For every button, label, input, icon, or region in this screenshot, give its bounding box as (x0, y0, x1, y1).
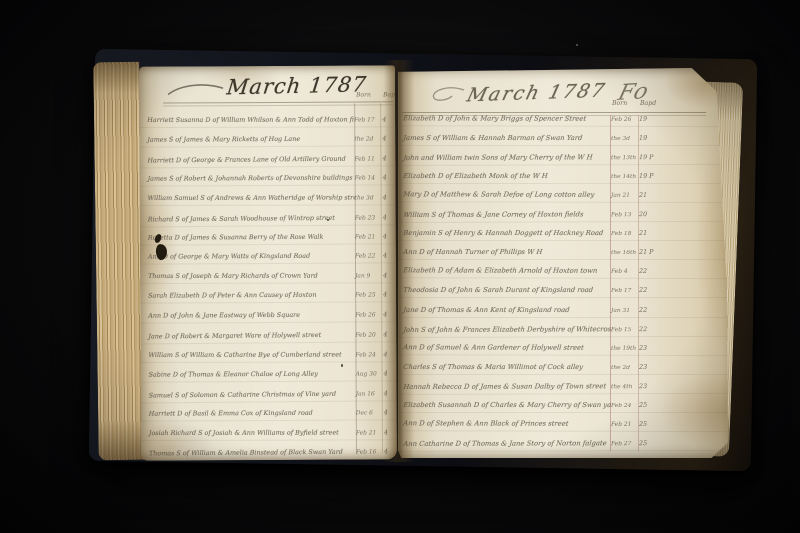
entry-baptised-day: 4 (382, 388, 397, 396)
entry-text: Charles S of Thomas & Maria Willimot of … (398, 363, 612, 371)
entry-text: Rosetta D of James & Susanna Berry of th… (140, 232, 355, 241)
register-entry-row: Ann D of Samuel & Ann Gardener of Holywe… (398, 336, 728, 356)
register-entry-row: Elizabeth Susannah D of Charles & Mary C… (398, 394, 728, 413)
entry-baptised-day: 20 (637, 210, 659, 218)
ink-speck (327, 219, 329, 221)
entry-born-date: the 19th (611, 345, 637, 351)
register-entry-row: Jane D of Robert & Margaret Ware of Holy… (140, 322, 396, 344)
register-entry-row: James S of Robert & Johannah Roberts of … (139, 166, 395, 187)
register-entry-row: James S of James & Mary Ricketts of Hog … (139, 127, 395, 148)
register-entry-row: Rosetta D of James & Susanna Berry of th… (140, 225, 396, 246)
entry-text: John and William twin Sons of Mary Cherr… (398, 153, 612, 162)
entry-baptised-day: 4 (380, 154, 397, 162)
entry-born-date: the 14th (611, 174, 637, 180)
register-entry-row: Charles S of Thomas & Maria Willimot of … (398, 356, 728, 375)
header-rule (163, 101, 393, 103)
entry-born-date: Feb 14 (355, 176, 381, 182)
entry-text: Josiah Richard S of Josiah & Ann William… (141, 428, 356, 437)
entry-baptised-day: 22 (637, 306, 659, 314)
register-entry-row: Ann D of Stephen & Ann Black of Princes … (398, 412, 728, 432)
entry-born-date: Feb 24 (611, 403, 637, 409)
left-fore-edge-pages (93, 62, 145, 461)
entry-baptised-day: 4 (381, 349, 397, 357)
register-entry-row: Ann Catharine D of Thomas & Jane Story o… (398, 432, 728, 452)
entry-born-date: Feb 4 (611, 269, 637, 275)
column-header-baptised: Bap (383, 91, 395, 98)
entry-born-date: the 4th (611, 384, 637, 390)
entry-baptised-day: 4 (381, 291, 397, 299)
register-entry-row: Elizabeth D of John & Mary Briggs of Spe… (398, 107, 728, 127)
entry-baptised-day: 4 (381, 252, 397, 260)
entry-text: Harriett D of Basil & Emma Cox of Kingsl… (141, 408, 356, 417)
entry-baptised-day: 22 (637, 325, 659, 333)
entry-born-date: Feb 21 (611, 422, 637, 428)
entry-baptised-day: 4 (381, 271, 397, 279)
entry-baptised-day: 21 (637, 229, 659, 237)
right-page: March 1787Fo Born Bapd Elizabeth D of Jo… (398, 68, 728, 458)
register-entry-row: Theodosia D of John & Sarah Durant of Ki… (398, 279, 728, 298)
entry-born-date: Feb 17 (611, 288, 637, 294)
entry-text: James S of Robert & Johannah Roberts of … (140, 174, 355, 183)
entry-text: Sabine D of Thomas & Eleanor Chaloe of L… (141, 369, 356, 378)
register-entry-row: Harriett Susanna D of William Whilson & … (139, 107, 395, 127)
register-entry-row: Thomas S of Joseph & Mary Richards of Cr… (140, 264, 396, 284)
register-entry-row: William Samuel S of Andrews & Ann Wather… (140, 186, 396, 206)
entry-text: Elizabeth D of Elizabeth Monk of the W H (398, 172, 612, 180)
register-entry-row: Harriett D of George & Frances Lane of O… (139, 146, 395, 168)
entry-text: Harriett Susanna D of William Whilson & … (139, 115, 354, 124)
entry-text: Sarah Elizabeth D of Peter & Ann Causey … (140, 291, 355, 300)
register-entry-row: Richard S of James & Sarah Woodhouse of … (140, 205, 396, 227)
entry-born-date: Feb 16 (356, 449, 382, 455)
register-entry-row: John S of John & Frances Elizabeth Derby… (398, 317, 728, 337)
entry-text: Elizabeth D of John & Mary Briggs of Spe… (398, 114, 612, 123)
entry-baptised-day: 19 (637, 134, 659, 142)
entry-baptised-day: 4 (382, 408, 397, 416)
entry-text: Hannah Rebecca D of James & Susan Dalby … (398, 382, 612, 391)
entry-baptised-day: 25 (637, 420, 659, 428)
entry-born-date: Jan 16 (356, 391, 382, 397)
entry-baptised-day: 4 (382, 369, 397, 377)
entry-born-date: the 16th (611, 250, 637, 256)
entries-list: Harriett Susanna D of William Whilson & … (139, 107, 397, 460)
ink-speck (341, 364, 343, 367)
column-header-born: Born (356, 91, 371, 98)
entry-baptised-day: 4 (382, 447, 397, 455)
entry-baptised-day: 21 P (637, 248, 659, 256)
entry-born-date: Feb 11 (354, 156, 380, 162)
register-entry-row: Ann D of John & Jane Eastway of Webb Squ… (140, 303, 396, 324)
entry-baptised-day: 4 (381, 173, 397, 181)
entry-baptised-day: 25 (637, 439, 659, 447)
entry-text: William Samuel S of Andrews & Ann Wather… (140, 193, 355, 202)
register-entry-row: Harriett D of Basil & Emma Cox of Kingsl… (141, 401, 397, 422)
header-rule (163, 104, 393, 106)
entry-baptised-day: 22 (637, 267, 659, 275)
entry-born-date: Feb 13 (611, 212, 637, 218)
entry-born-date: Feb 22 (355, 254, 381, 260)
entry-text: Ann D of Hannah Turner of Phillips W H (398, 248, 612, 256)
register-entry-row: Sarah Elizabeth D of Peter & Ann Causey … (140, 283, 396, 304)
entry-text: William S of Thomas & Jane Corney of Hox… (398, 211, 612, 220)
header-swash-icon (426, 86, 466, 104)
entry-text: Thomas S of Joseph & Mary Richards of Cr… (140, 271, 355, 280)
entry-baptised-day: 23 (637, 363, 659, 371)
entry-born-date: Jan 31 (611, 308, 637, 314)
entry-text: Ann Catharine D of Thomas & Jane Story o… (398, 439, 612, 448)
entry-text: James S of William & Hannah Barman of Sw… (398, 134, 612, 142)
entry-born-date: Feb 25 (355, 293, 381, 299)
entry-baptised-day: 4 (381, 310, 397, 318)
entry-born-date: Feb 15 (611, 327, 637, 333)
entry-born-date: Feb 23 (355, 215, 381, 221)
register-entry-row: Ann D of George & Mary Watts of Kingslan… (140, 244, 396, 265)
entry-born-date: the 2d (611, 365, 637, 371)
entry-baptised-day: 4 (382, 428, 397, 436)
entry-baptised-day: 4 (381, 213, 397, 221)
entry-born-date: Feb 26 (611, 117, 637, 123)
entry-text: Harriett D of George & Frances Lane of O… (139, 154, 354, 164)
entries-list: Elizabeth D of John & Mary Briggs of Spe… (398, 108, 728, 451)
register-entry-row: William S of William & Catharine Bye of … (140, 342, 396, 362)
entry-born-date: Dec 6 (356, 410, 382, 416)
column-header-baptised: Bapd (640, 100, 656, 107)
entry-text: Ann D of Samuel & Ann Gardener of Holywe… (398, 343, 612, 352)
register-entry-row: Elizabeth D of Elizabeth Monk of the W H… (398, 165, 728, 184)
register-entry-row: William S of Thomas & Jane Corney of Hox… (398, 203, 728, 223)
entry-text: Elizabeth Susannah D of Charles & Mary C… (398, 401, 612, 409)
entry-born-date: the 3d (611, 136, 637, 142)
entry-text: Thomas S of William & Amelia Binstead of… (141, 447, 356, 457)
dust-speck (576, 44, 578, 46)
entry-baptised-day: 4 (380, 134, 397, 142)
entry-baptised-day: 4 (381, 330, 397, 338)
entry-text: James S of James & Mary Ricketts of Hog … (139, 135, 354, 144)
entry-born-date: Feb 20 (355, 332, 381, 338)
entry-baptised-day: 23 (637, 344, 659, 352)
month-year-title: March 1787 (465, 80, 609, 107)
entry-text: Richard S of James & Sarah Woodhouse of … (140, 213, 355, 223)
entry-text: Ann D of Stephen & Ann Black of Princes … (398, 419, 612, 428)
entry-text: Mary D of Matthew & Sarah Defoe of Long … (398, 191, 612, 200)
entry-born-date: Feb 27 (611, 441, 637, 447)
entry-baptised-day: 25 (637, 401, 659, 409)
entry-baptised-day: 4 (381, 193, 397, 201)
left-page: March 1787 Born Bap Harriett Susanna D o… (139, 65, 397, 460)
entry-born-date: Aug 30 (356, 371, 382, 377)
entry-baptised-day: 19 P (637, 153, 659, 161)
entry-baptised-day: 23 (637, 382, 659, 390)
entry-born-date: Jan 21 (611, 193, 637, 199)
entry-born-date: Feb 24 (355, 352, 381, 358)
register-entry-row: Jane D of Thomas & Ann Kent of Kingsland… (398, 298, 728, 317)
entry-baptised-day: 22 (637, 286, 659, 294)
entry-baptised-day: 21 (637, 191, 659, 199)
register-entry-row: Elizabeth D of Adam & Elizabeth Arnold o… (398, 260, 728, 280)
photo-of-open-baptism-register: March 1787 Born Bap Harriett Susanna D o… (0, 0, 800, 533)
month-year-title: March 1787 (226, 72, 369, 99)
entry-born-date: Feb 18 (611, 231, 637, 237)
entry-born-date: Jan 9 (355, 273, 381, 279)
entry-baptised-day: 4 (380, 115, 397, 123)
left-page-header: March 1787 (167, 73, 367, 98)
entry-born-date: the 2d (354, 137, 380, 143)
entry-text: Theodosia D of John & Sarah Durant of Ki… (398, 286, 612, 294)
header-swash-icon (167, 81, 225, 97)
register-entry-row: Ann D of Hannah Turner of Phillips W H t… (398, 241, 728, 260)
entry-born-date: the 13th (611, 155, 637, 161)
entry-baptised-day: 19 P (637, 172, 659, 180)
entry-text: John S of John & Frances Elizabeth Derby… (398, 325, 612, 334)
entry-born-date: Feb 26 (355, 312, 381, 318)
entry-born-date: Feb 21 (356, 430, 382, 436)
entry-text: William S of William & Catharine Bye of … (140, 350, 355, 359)
column-header-born: Born (612, 100, 627, 107)
entry-text: Ann D of John & Jane Eastway of Webb Squ… (140, 311, 355, 320)
register-entry-row: James S of William & Hannah Barman of Sw… (398, 127, 728, 146)
entry-baptised-day: 4 (381, 232, 397, 240)
entry-text: Elizabeth D of Adam & Elizabeth Arnold o… (398, 267, 612, 276)
register-entry-row: Mary D of Matthew & Sarah Defoe of Long … (398, 183, 728, 203)
entry-text: Samuel S of Solomon & Catharine Christma… (141, 389, 356, 399)
entry-born-date: Feb 21 (355, 234, 381, 240)
entry-born-date: Feb 17 (354, 117, 380, 123)
entry-text: Jane D of Thomas & Ann Kent of Kingsland… (398, 306, 612, 314)
register-entry-row: Benjamin S of Henry & Hannah Doggett of … (398, 222, 728, 241)
register-entry-row: Sabine D of Thomas & Eleanor Chaloe of L… (141, 361, 397, 382)
register-entry-row: Hannah Rebecca D of James & Susan Dalby … (398, 374, 728, 394)
entry-text: Jane D of Robert & Margaret Ware of Holy… (140, 330, 355, 340)
entry-baptised-day: 19 (637, 115, 659, 123)
entry-text: Ann D of George & Mary Watts of Kingslan… (140, 252, 355, 261)
entry-text: Benjamin S of Henry & Hannah Doggett of … (398, 229, 612, 237)
entry-born-date: the 3d (355, 195, 381, 201)
register-entry-row: Samuel S of Solomon & Catharine Christma… (141, 381, 397, 403)
register-entry-row: John and William twin Sons of Mary Cherr… (398, 146, 728, 166)
register-entry-row: Josiah Richard S of Josiah & Ann William… (141, 420, 397, 440)
register-entry-row: Thomas S of William & Amelia Binstead of… (141, 440, 397, 461)
